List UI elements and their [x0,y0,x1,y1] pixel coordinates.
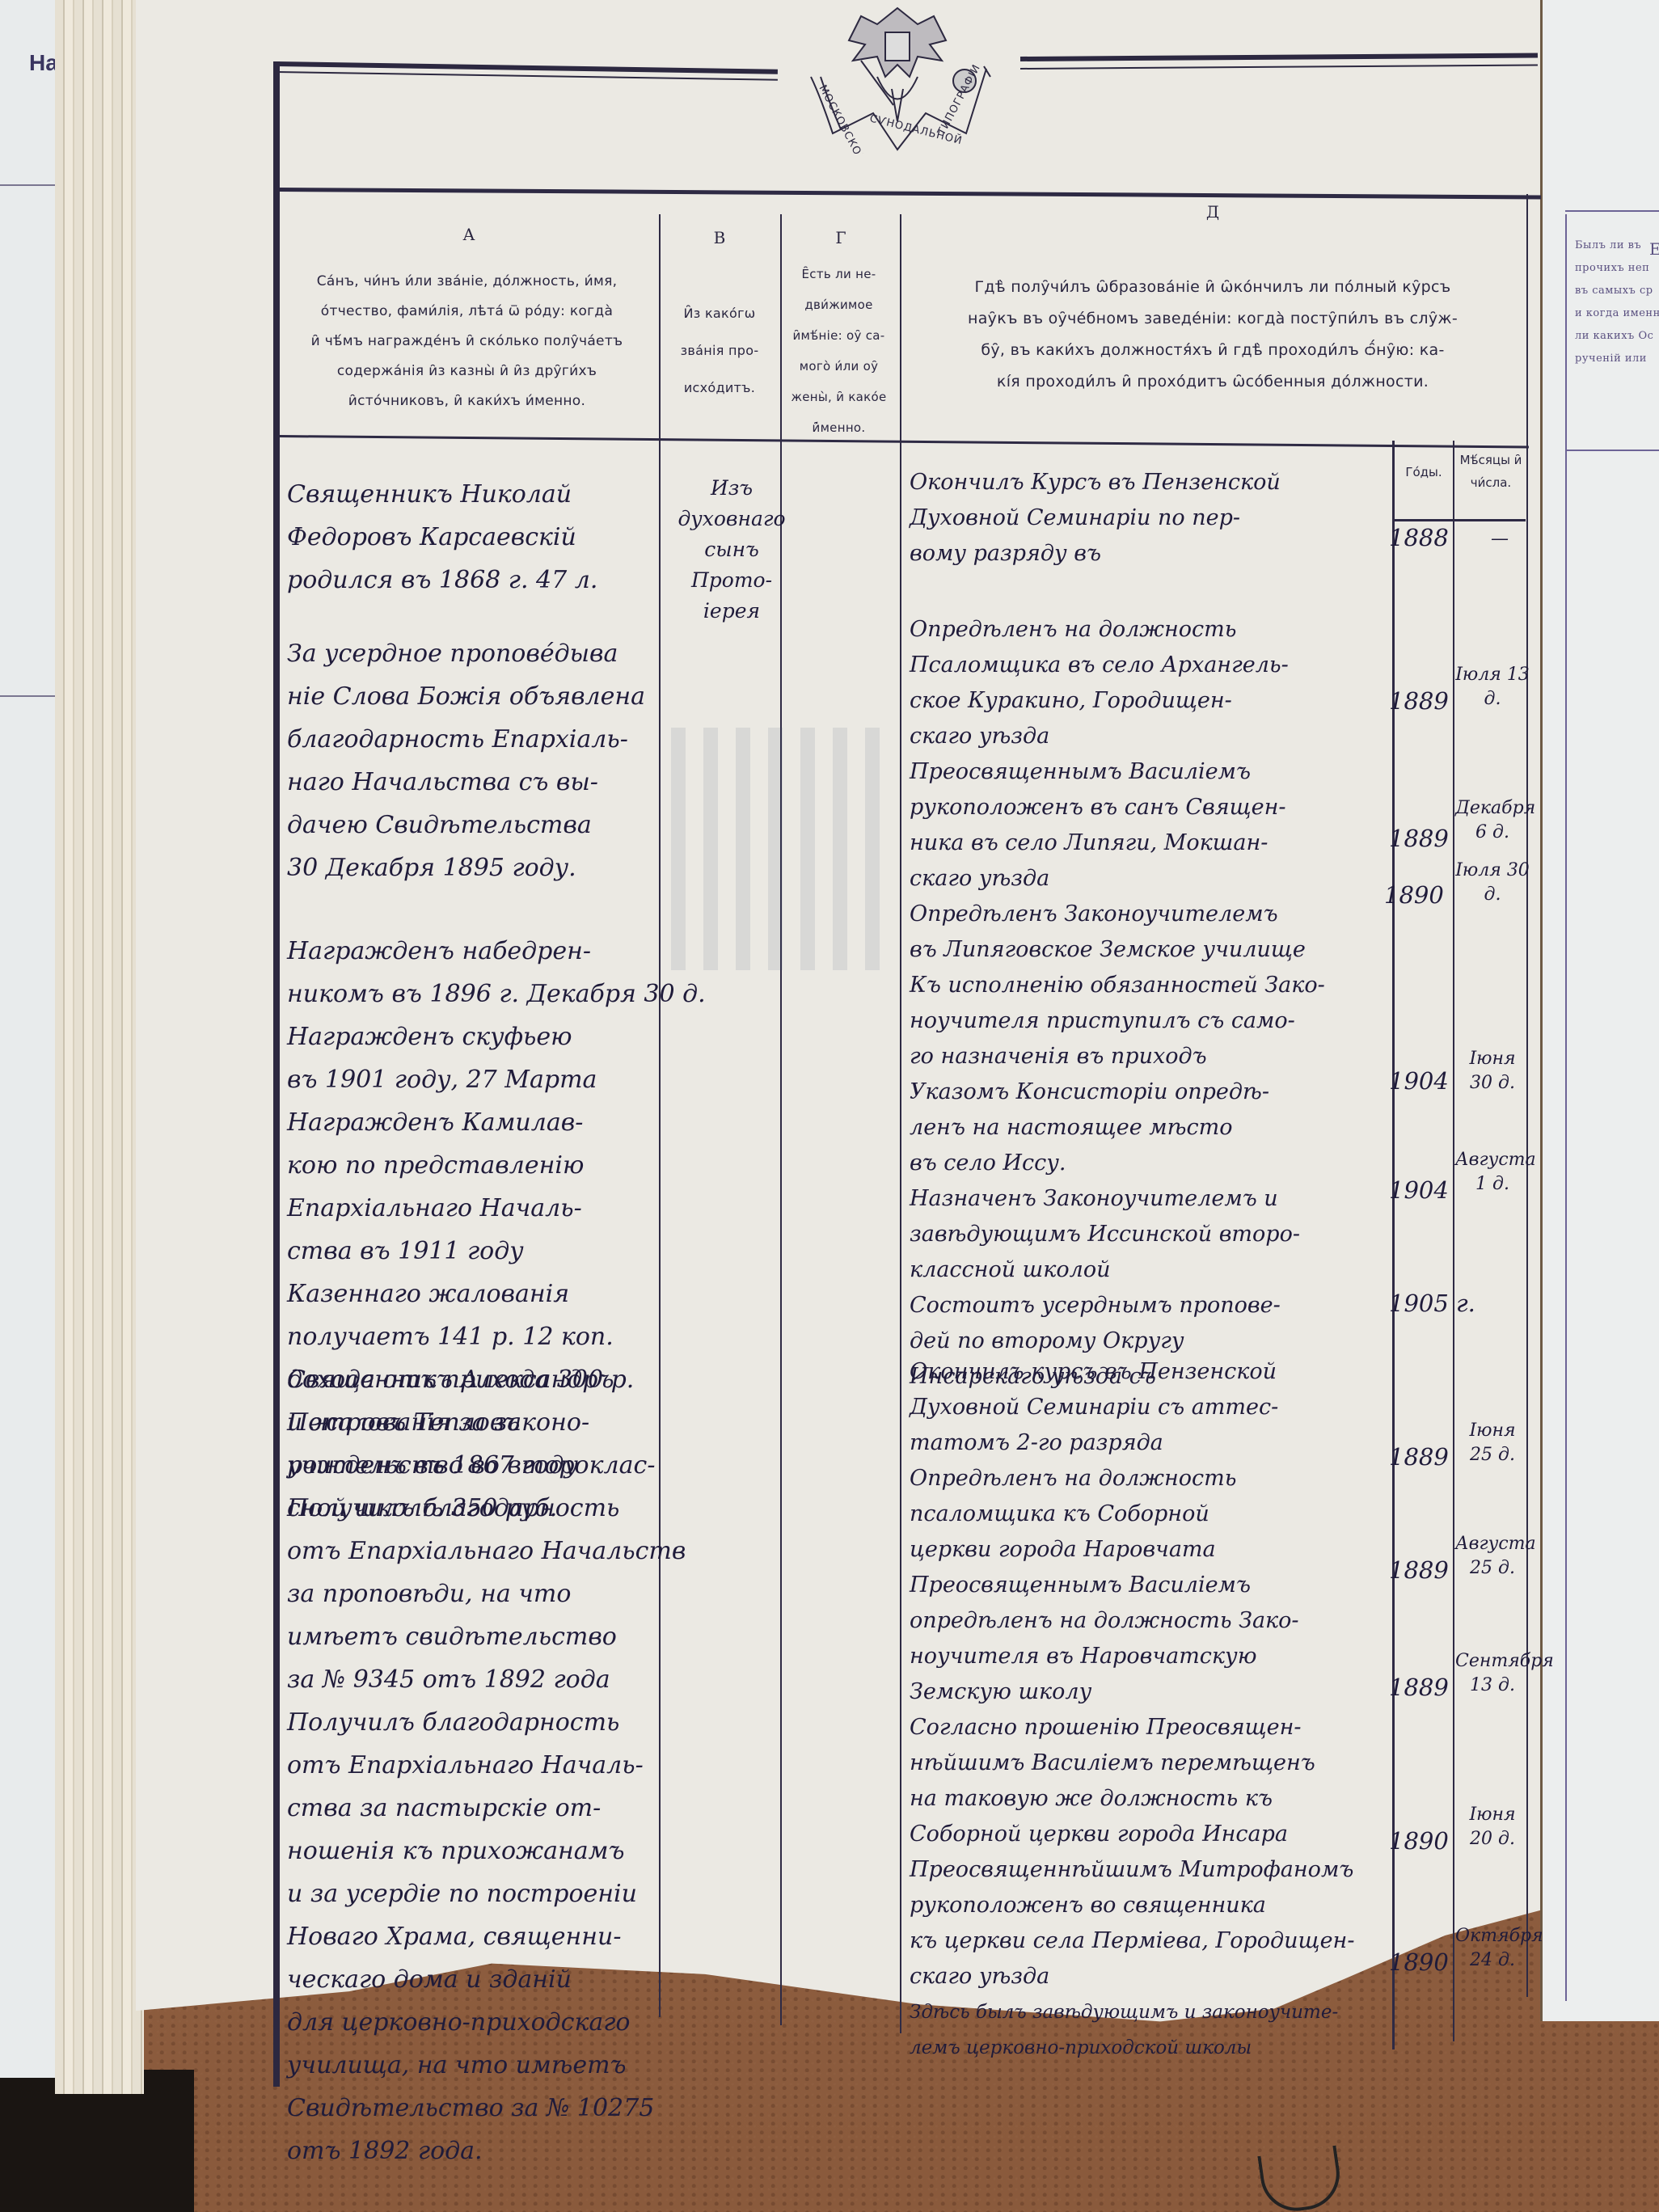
handwritten-line: Казеннаго жалованія [287,1273,659,1315]
handwritten-line: завѣдующимъ Иссинской второ- [910,1217,1395,1252]
handwritten-line: Указомъ Консисторіи опредѣ- [910,1074,1395,1110]
handwritten-line: Опредѣленъ на должность [910,1461,1395,1496]
handwritten-line: Изъ [675,473,788,504]
handwritten-line: Священникъ Николай [287,473,659,516]
column-d-header: Гдѣ̀ полу̑чи́лъ ѡ̑бразова́ніе и̑ ѡ̑ко́нч… [905,272,1520,398]
entry-2-date: Августа 25 д. [1455,1532,1530,1581]
handwritten-line: Федоровъ Карсаевскій [287,516,659,559]
handwritten-line: Награжденъ скуфьею [287,1015,659,1058]
handwritten-line: за № 9345 отъ 1892 года [287,1658,659,1701]
header-line: о́тчество, фами́лія, лѣта́ ѿ ро́ду: когд… [283,297,651,327]
column-letter-d: Д [1197,202,1229,222]
entry-1-year: 1904 [1389,1176,1449,1204]
header-line: рученій или [1575,348,1659,370]
handwritten-line: никомъ въ 1896 г. Декабря 30 д. [287,973,659,1015]
column-letter-v: В [703,228,736,247]
handwritten-line: Получилъ благодарность [287,1487,659,1530]
handwritten-line: ское Куракино, Городищен- [910,683,1395,719]
handwritten-line: Назначенъ Законоучителемъ и [910,1181,1395,1217]
handwritten-line: Здѣсь былъ завѣдующимъ и законоучите- [910,1995,1395,2030]
entry-1-date: Іюля 13 д. [1455,663,1530,711]
handwritten-line: училища, на что имѣетъ [287,2044,659,2087]
handwritten-line: рожденъ въ 1867 году [287,1444,659,1487]
handwritten-line: Опредѣленъ Законоучителемъ [910,897,1395,932]
handwritten-line: За усердное пропове́дыва [287,632,659,675]
ribbon-text-left: МОСКОВСКОЙ [816,82,867,154]
handwritten-line: наго Начальства съ вы- [287,761,659,804]
entry-1-date: Іюля 30 д. [1455,859,1530,907]
double-headed-eagle-icon: МОСКОВСКОЙ СѴНОДАЛЬНОЙ ТИПОГРАФІИ [772,0,1023,154]
column-v-header: И̑з како́гѡ зва́нія про- исхо́дитъ. [663,295,776,407]
subheader-rule [1392,519,1526,521]
header-line: мого̀ и́ли оу̑ [780,351,897,382]
next-page-edge: Е Былъ ли въ прочихъ неп въ самыхъ ср и … [1540,0,1659,2021]
handwritten-line: Свидѣтельство за № 10275 [287,2087,659,2130]
handwritten-line: въ село Иссу. [910,1146,1395,1181]
column-divider-gd [900,214,901,2033]
page-stack-edges [55,0,144,2094]
handwritten-line: ніе Слова Божія объявлена [287,675,659,718]
handwritten-line: отъ Епархіальнаго Началь- [287,1744,659,1787]
handwritten-line: Опредѣленъ на должность [910,612,1395,648]
handwritten-line: ства за пастырскіе от- [287,1787,659,1830]
handwritten-line: для церковно-приходскаго [287,2001,659,2044]
handwritten-line: въ Липяговское Земское училище [910,932,1395,968]
entry-2-year: 1889 [1389,1556,1449,1584]
header-line: кі́я проходи́лъ и̑ прохо́дитъ ѡ̑со́бенны… [905,366,1520,398]
handwritten-line: рукоположенъ въ санъ Священ- [910,790,1395,825]
column-letter-a: А [453,225,485,244]
handwritten-line: скаго уѣзда [910,861,1395,897]
entry-2-year: 1889 [1389,1674,1449,1701]
entry-2-date: Октября 24 д. [1455,1924,1530,1973]
entry-1-year: 1889 [1389,687,1449,715]
header-line: и̑ чѣ́мъ награжде́нъ и̑ ско́лько полу̑ча… [283,327,651,357]
handwritten-line: ника въ село Липяги, Мокшан- [910,825,1395,861]
form-right-border [1526,194,1528,1997]
handwritten-line: 30 Декабря 1895 году. [287,846,659,889]
handwritten-line: Окончилъ Курсъ въ Пензенской [910,465,1395,500]
handwritten-line: ноучителя въ Наровчатскую [910,1639,1395,1674]
handwritten-line: Духовной Семинаріи по пер- [910,500,1395,536]
header-line: и̑мѣ́ніе: оу̑ са- [780,320,897,351]
handwritten-line: Къ исполненію обязанностей Зако- [910,968,1395,1003]
handwritten-line: Священникъ Александръ [287,1358,659,1401]
entry-1-date: Іюня 30 д. [1455,1047,1530,1095]
handwritten-line: въ 1901 году, 27 Марта [287,1058,659,1101]
handwritten-line: лемъ церковно-приходской школы [910,2030,1395,2066]
handwritten-line: сынъ [675,534,788,565]
handwritten-line: имѣетъ свидѣтельство [287,1615,659,1658]
entry-2-col-a: Священникъ Александръ Петровъ Тепловъ ро… [287,1358,659,2172]
header-line: бу̑, въ каки́хъ должностя́хъ и̑ гдѣ̀ про… [905,335,1520,366]
spacer [910,572,1395,612]
column-divider-dates [1453,441,1454,2041]
bleed-through-stamp [671,728,889,970]
handwritten-line: рукоположенъ во священника [910,1888,1395,1923]
handwritten-line: Духовной Семинаріи съ аттес- [910,1390,1395,1425]
entry-2-col-d: Окончилъ курсъ въ Пензенской Духовной Се… [910,1354,1395,2066]
subheader-months-days: Мѣ́сяцы и̑ чи́сла. [1455,449,1526,494]
header-line: въ самыхъ ср [1575,280,1659,302]
handwritten-line: за проповѣди, на что [287,1572,659,1615]
handwritten-line: Преосвященнымъ Василіемъ [910,754,1395,790]
handwritten-line: кою по представленію [287,1144,659,1187]
header-line: Е̑сть ли не- [780,259,897,289]
header-line: и̑сто́чниковъ, и̑ каки́хъ и́менно. [283,386,651,416]
header-line: Былъ ли въ [1575,234,1659,257]
handwritten-line: іерея [675,596,788,627]
handwritten-line: дачею Свидѣтельства [287,804,659,846]
entry-1-date: — [1488,527,1512,551]
handwritten-line [287,602,659,632]
header-line: зва́нія про- [663,332,776,369]
handwritten-line: и за усердіе по построеніи [287,1872,659,1915]
previous-page-edge: Наі [0,0,59,2078]
entry-2-date: Іюня 20 д. [1455,1803,1530,1851]
handwritten-line: отъ 1892 года. [287,2130,659,2172]
entry-1-year: 1888 [1389,524,1449,551]
handwritten-line: получаетъ 141 р. 12 коп. [287,1315,659,1358]
entry-2-year: 1890 [1389,1948,1449,1976]
entry-1-year: 1889 [1389,825,1449,852]
handwritten-line: церкви города Наровчата [910,1532,1395,1568]
handwritten-line: классной школой [910,1252,1395,1288]
column-a-header: Са́нъ, чи́нъ и́ли зва́ніе, до́лжность, и… [283,267,651,416]
handwritten-line: ленъ на настоящее мѣсто [910,1110,1395,1146]
handwritten-line: скаго уѣзда [910,719,1395,754]
handwritten-line: Новаго Храма, священни- [287,1915,659,1958]
handwritten-line: духовнаго [675,504,788,534]
form-left-border [273,61,280,2087]
column-letter-g: Г [825,228,857,247]
header-line: и̑́менно. [780,412,897,443]
header-line: прочихъ неп [1575,257,1659,280]
handwritten-line: скаго уѣзда [910,1959,1395,1995]
entry-2-date: Іюня 25 д. [1455,1419,1530,1467]
handwritten-line: родился въ 1868 г. 47 л. [287,559,659,602]
column-divider-ab [659,214,661,2017]
entry-2-year: 1889 [1389,1443,1449,1471]
handwritten-line: отъ Епархіальнаго Начальств [287,1530,659,1572]
handwritten-line: го назначенія въ приходъ [910,1039,1395,1074]
handwritten-line: Состоитъ усерднымъ пропове- [910,1288,1395,1323]
header-line: дви́жимое [780,289,897,320]
handwritten-line: къ церкви села Перміева, Городищен- [910,1923,1395,1959]
handwritten-line [287,889,659,930]
handwritten-line: ношенія къ прихожанамъ [287,1830,659,1872]
handwritten-line: Земскую школу [910,1674,1395,1710]
handwritten-line: татомъ 2-го разряда [910,1425,1395,1461]
header-line: содержа́нія и̑з казны̀ и̑ и̑з дру̑ги́хъ [283,357,651,386]
entry-2-year: 1890 [1389,1827,1449,1855]
handwritten-line: Окончилъ курсъ въ Пензенской [910,1354,1395,1390]
handwritten-line: ноучителя приступилъ съ само- [910,1003,1395,1039]
handwritten-line: псаломщика къ Соборной [910,1496,1395,1532]
handwritten-line: Награжденъ Камилав- [287,1101,659,1144]
subheader-years: Го́ды. [1395,461,1452,483]
handwritten-line: Преосвященнымъ Василіемъ [910,1568,1395,1603]
handwritten-line: Получилъ благодарность [287,1701,659,1744]
entry-1-date: Августа 1 д. [1455,1148,1530,1197]
handwritten-line: ческаго дома и зданій [287,1958,659,2001]
entry-1-col-b: Изъ духовнаго сынъ Прото- іерея [675,473,788,627]
header-line: ли какихъ Ос [1575,325,1659,348]
handwritten-line: опредѣленъ на должность Зако- [910,1603,1395,1639]
entry-1-col-d: Окончилъ Курсъ въ Пензенской Духовной Се… [910,465,1395,1395]
header-line: жены̀, и̑ како́е [780,382,897,412]
next-page-header: Былъ ли въ прочихъ неп въ самыхъ ср и ко… [1575,234,1659,370]
entry-1-year: 1905 г. [1389,1290,1475,1317]
header-line: нау̑къ въ оу̑че́бномъ заведе́ніи: когда̀… [905,303,1520,335]
handwritten-line: Соборной церкви города Инсара [910,1817,1395,1852]
handwritten-line: на таковую же должность къ [910,1781,1395,1817]
handwritten-line: благодарность Епархіаль- [287,718,659,761]
header-line: Гдѣ̀ полу̑чи́лъ ѡ̑бразова́ніе и̑ ѡ̑ко́нч… [905,272,1520,303]
handwritten-line: Епархіальнаго Началь- [287,1187,659,1230]
handwritten-line: ства въ 1911 году [287,1230,659,1273]
handwritten-line: вому разряду въ [910,536,1395,572]
handwritten-line: Награжденъ набедрен- [287,930,659,973]
header-line: исхо́дитъ. [663,369,776,407]
header-line: Са́нъ, чи́нъ и́ли зва́ніе, до́лжность, и… [283,267,651,297]
column-g-header: Е̑сть ли не- дви́жимое и̑мѣ́ніе: оу̑ са-… [780,259,897,443]
handwritten-line: Согласно прошенію Преосвящен- [910,1710,1395,1746]
header-line: и когда именн [1575,302,1659,325]
handwritten-line: Прото- [675,565,788,596]
handwritten-line: Петровъ Тепловъ [287,1401,659,1444]
header-line: И̑з како́гѡ [663,295,776,332]
entry-1-year: 1890 [1384,881,1444,909]
entry-1-year: 1904 [1389,1067,1449,1095]
handwritten-line: Псаломщика въ село Архангель- [910,648,1395,683]
entry-2-date: Сентября 13 д. [1455,1649,1530,1698]
entry-1-date: Декабря 6 д. [1455,796,1530,845]
handwritten-line: нѣйшимъ Василіемъ перемѣщенъ [910,1746,1395,1781]
handwritten-line: Преосвященнѣйшимъ Митрофаномъ [910,1852,1395,1888]
